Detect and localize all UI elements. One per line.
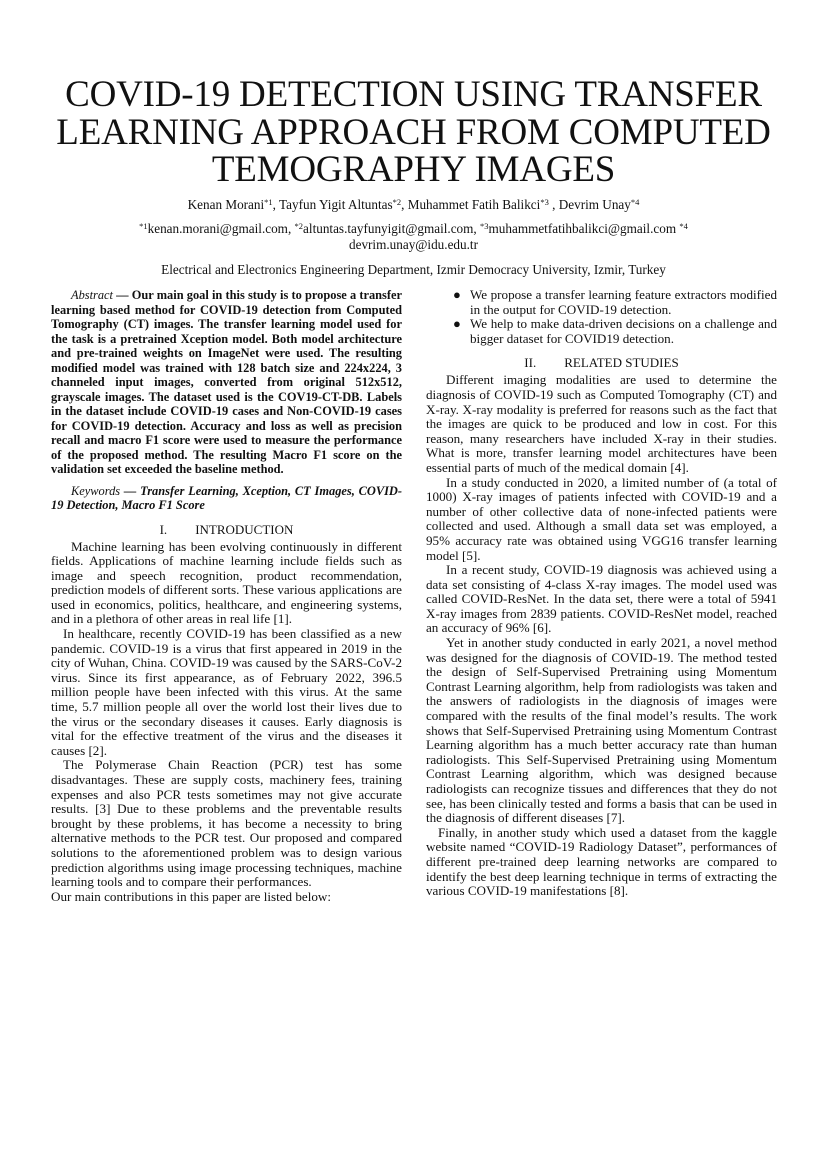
paragraph: In a recent study, COVID-19 diagnosis wa… <box>426 563 777 636</box>
bullet-icon: ● <box>453 288 461 303</box>
paragraph: Different imaging modalities are used to… <box>426 373 777 475</box>
author-name: Kenan Morani <box>188 197 265 212</box>
contribution-text: We help to make data-driven decisions on… <box>470 316 777 346</box>
email-link[interactable]: muhammetfatihbalikci@gmail.com <box>489 221 677 236</box>
keywords: Keywords — Transfer Learning, Xception, … <box>51 484 402 513</box>
author-mark: *2 <box>393 197 402 207</box>
title-line: COVID-19 DETECTION USING TRANSFER <box>0 76 827 114</box>
section-number: I. <box>160 522 168 537</box>
email-link[interactable]: devrim.unay@idu.edu.tr <box>349 237 478 252</box>
title-line: TEMOGRAPHY IMAGES <box>0 151 827 189</box>
title-line: LEARNING APPROACH FROM COMPUTED <box>0 114 827 152</box>
author-emails: *1kenan.morani@gmail.com, *2altuntas.tay… <box>0 221 827 252</box>
section-heading-introduction: I.INTRODUCTION <box>51 522 402 537</box>
paragraph: Machine learning has been evolving conti… <box>51 540 402 628</box>
bullet-icon: ● <box>453 317 461 332</box>
paragraph: In a study conducted in 2020, a limited … <box>426 476 777 564</box>
right-column: ● We propose a transfer learning feature… <box>426 288 777 899</box>
author-name: Muhammet Fatih Balikci <box>408 197 541 212</box>
abstract-dash: — <box>113 288 132 302</box>
email-mark: *1 <box>139 221 148 231</box>
paragraph: In healthcare, recently COVID-19 has bee… <box>51 627 402 758</box>
email-link[interactable]: kenan.morani@gmail.com <box>148 221 288 236</box>
author-name: Devrim Unay <box>559 197 631 212</box>
keywords-dash: — <box>120 484 140 498</box>
section-number: II. <box>524 355 536 370</box>
abstract-text: Our main goal in this study is to propos… <box>51 288 402 476</box>
contribution-text: We propose a transfer learning feature e… <box>470 287 777 317</box>
paragraph: Yet in another study conducted in early … <box>426 636 777 826</box>
list-item: ● We propose a transfer learning feature… <box>426 288 777 317</box>
paragraph: The Polymerase Chain Reaction (PCR) test… <box>51 758 402 889</box>
author-mark: *4 <box>631 197 640 207</box>
section-heading-related-studies: II.RELATED STUDIES <box>426 355 777 370</box>
author-list: Kenan Morani*1, Tayfun Yigit Altuntas*2,… <box>0 197 827 213</box>
email-mark: *2 <box>295 221 304 231</box>
abstract: Abstract — Our main goal in this study i… <box>51 288 402 477</box>
paragraph: Finally, in another study which used a d… <box>426 826 777 899</box>
email-mark: *4 <box>679 221 688 231</box>
author-mark: *3 <box>540 197 549 207</box>
author-name: Tayfun Yigit Altuntas <box>279 197 393 212</box>
paper-title: COVID-19 DETECTION USING TRANSFER LEARNI… <box>0 76 827 189</box>
list-item: ● We help to make data-driven decisions … <box>426 317 777 346</box>
email-mark: *3 <box>480 221 489 231</box>
section-title: RELATED STUDIES <box>564 355 678 370</box>
section-title: INTRODUCTION <box>195 522 293 537</box>
left-column: Abstract — Our main goal in this study i… <box>51 288 402 904</box>
author-mark: *1 <box>264 197 273 207</box>
abstract-label: Abstract <box>71 288 113 302</box>
contributions-list: ● We propose a transfer learning feature… <box>426 288 777 346</box>
keywords-label: Keywords <box>71 484 120 498</box>
email-link[interactable]: altuntas.tayfunyigit@gmail.com <box>303 221 473 236</box>
affiliation: Electrical and Electronics Engineering D… <box>0 262 827 278</box>
paragraph: Our main contributions in this paper are… <box>51 890 402 905</box>
